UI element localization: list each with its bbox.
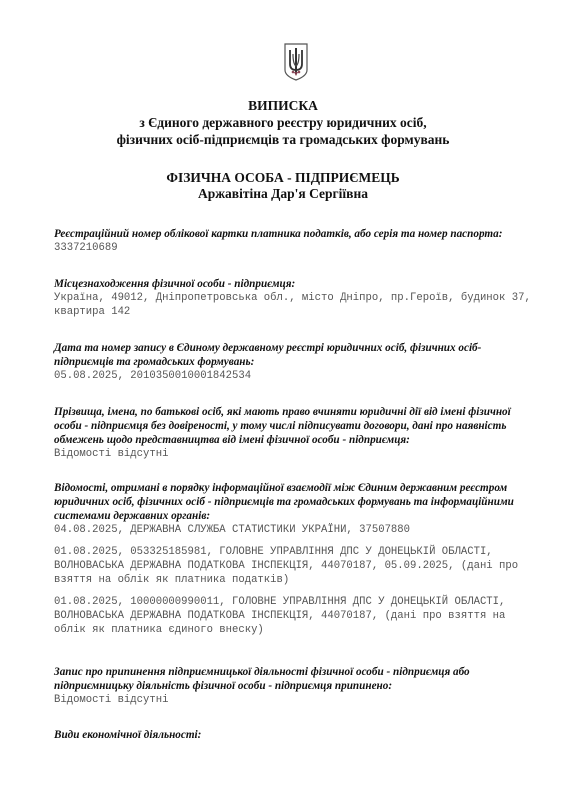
section-label: Дата та номер запису в Єдиному державном… [54, 341, 534, 369]
termination-record-value: Відомості відсутні [54, 693, 534, 707]
ukraine-coat-of-arms-icon [283, 42, 309, 82]
section-address: Місцезнаходження фізичної особи - підпри… [54, 277, 534, 319]
person-name: Аржавітіна Дар'я Сергіївна [0, 186, 566, 202]
section-registration-record: Дата та номер запису в Єдиному державном… [54, 341, 534, 383]
document-title-block: ВИПИСКА з Єдиного державного реєстру юри… [0, 98, 566, 148]
document-subtitle-line2: фізичних осіб-підприємців та громадських… [0, 131, 566, 148]
document-title: ВИПИСКА [0, 98, 566, 114]
authorized-persons-value: Відомості відсутні [54, 447, 534, 461]
tax-number-value: 3337210689 [54, 241, 534, 255]
document-subtitle-line1: з Єдиного державного реєстру юридичних о… [0, 114, 566, 131]
section-label: Реєстраційний номер облікової картки пла… [54, 227, 534, 241]
section-label: Види економічної діяльності: [54, 728, 534, 742]
section-label: Прізвища, імена, по батькові осіб, які м… [54, 405, 534, 447]
state-body-record: 04.08.2025, ДЕРЖАВНА СЛУЖБА СТАТИСТИКИ У… [54, 523, 534, 537]
section-state-bodies-info: Відомості, отримані в порядку інформацій… [54, 481, 534, 637]
section-authorized-persons: Прізвища, імена, по батькові осіб, які м… [54, 405, 534, 461]
registration-record-value: 05.08.2025, 2010350010001842534 [54, 369, 534, 383]
document-page: ВИПИСКА з Єдиного державного реєстру юри… [0, 0, 566, 800]
section-termination-record: Запис про припинення підприємницької дія… [54, 665, 534, 707]
section-label: Запис про припинення підприємницької дія… [54, 665, 534, 693]
state-body-record: 01.08.2025, 053325185981, ГОЛОВНЕ УПРАВЛ… [54, 545, 534, 587]
section-tax-number: Реєстраційний номер облікової картки пла… [54, 227, 534, 255]
entity-type: ФІЗИЧНА ОСОБА - ПІДПРИЄМЕЦЬ [0, 170, 566, 186]
person-block: ФІЗИЧНА ОСОБА - ПІДПРИЄМЕЦЬ Аржавітіна Д… [0, 170, 566, 202]
section-economic-activities: Види економічної діяльності: [54, 728, 534, 742]
state-body-record: 01.08.2025, 10000000990011, ГОЛОВНЕ УПРА… [54, 595, 534, 637]
section-label: Відомості, отримані в порядку інформацій… [54, 481, 534, 523]
section-label: Місцезнаходження фізичної особи - підпри… [54, 277, 534, 291]
address-value: Україна, 49012, Дніпропетровська обл., м… [54, 291, 534, 319]
